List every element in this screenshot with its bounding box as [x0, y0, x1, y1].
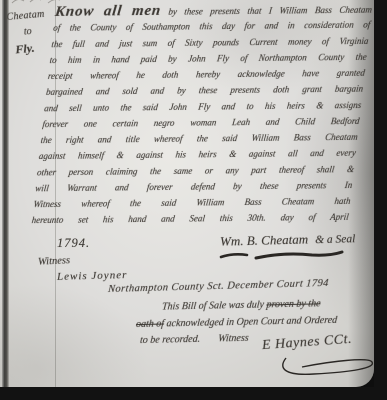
- film-edge-left: [2, 0, 9, 400]
- deed-line: hereunto set his hand and Seal this 30th…: [31, 209, 350, 228]
- signature-flourish: [218, 250, 346, 262]
- grantor-signature: Wm. B. Cheatam& a Seal: [220, 230, 356, 250]
- clerk-signature: E Haynes CCt.: [262, 332, 353, 354]
- margin-note: Cheatam to Fly.: [6, 8, 56, 58]
- court-sentence-end: acknowledged in Open Court and Ordered: [164, 315, 338, 330]
- film-edge-right: [374, 0, 387, 400]
- deed-opening-phrase: Know all men: [54, 3, 162, 20]
- margin-connector: to: [23, 24, 54, 38]
- struck-text: proven by the: [266, 298, 321, 310]
- signature-year: 1794.: [57, 236, 90, 251]
- film-edge-bottom: [0, 387, 387, 400]
- grantor-signature-name: Wm. B. Cheatam: [220, 231, 308, 248]
- witness-label: Witness: [38, 255, 71, 268]
- deed-body-text: Know all men by these presents that I Wi…: [31, 1, 373, 229]
- clerk-witness-label: Witness: [218, 333, 249, 345]
- court-record-line: to be recorded.Witness: [140, 333, 250, 346]
- court-record-line: This Bill of Sale was duly proven by the: [162, 298, 321, 312]
- court-sentence-start: This Bill of Sale was duly: [162, 299, 267, 312]
- margin-party-top: Cheatam: [6, 8, 53, 23]
- deed-line-text: by these presents that I William Bass Ch…: [168, 5, 373, 17]
- court-heading: Northampton County Sct. December Court 1…: [108, 278, 330, 295]
- court-record-line: oath of acknowledged in Open Court and O…: [136, 315, 338, 330]
- struck-text: oath of: [136, 319, 165, 331]
- court-order-text: to be recorded.: [140, 334, 201, 346]
- document-scan: Cheatam to Fly. Know all men by these pr…: [0, 0, 387, 400]
- paper: Cheatam to Fly. Know all men by these pr…: [0, 0, 374, 387]
- witness-name: Lewis Joyner: [57, 269, 128, 283]
- paper-edge-shadow: [348, 0, 374, 387]
